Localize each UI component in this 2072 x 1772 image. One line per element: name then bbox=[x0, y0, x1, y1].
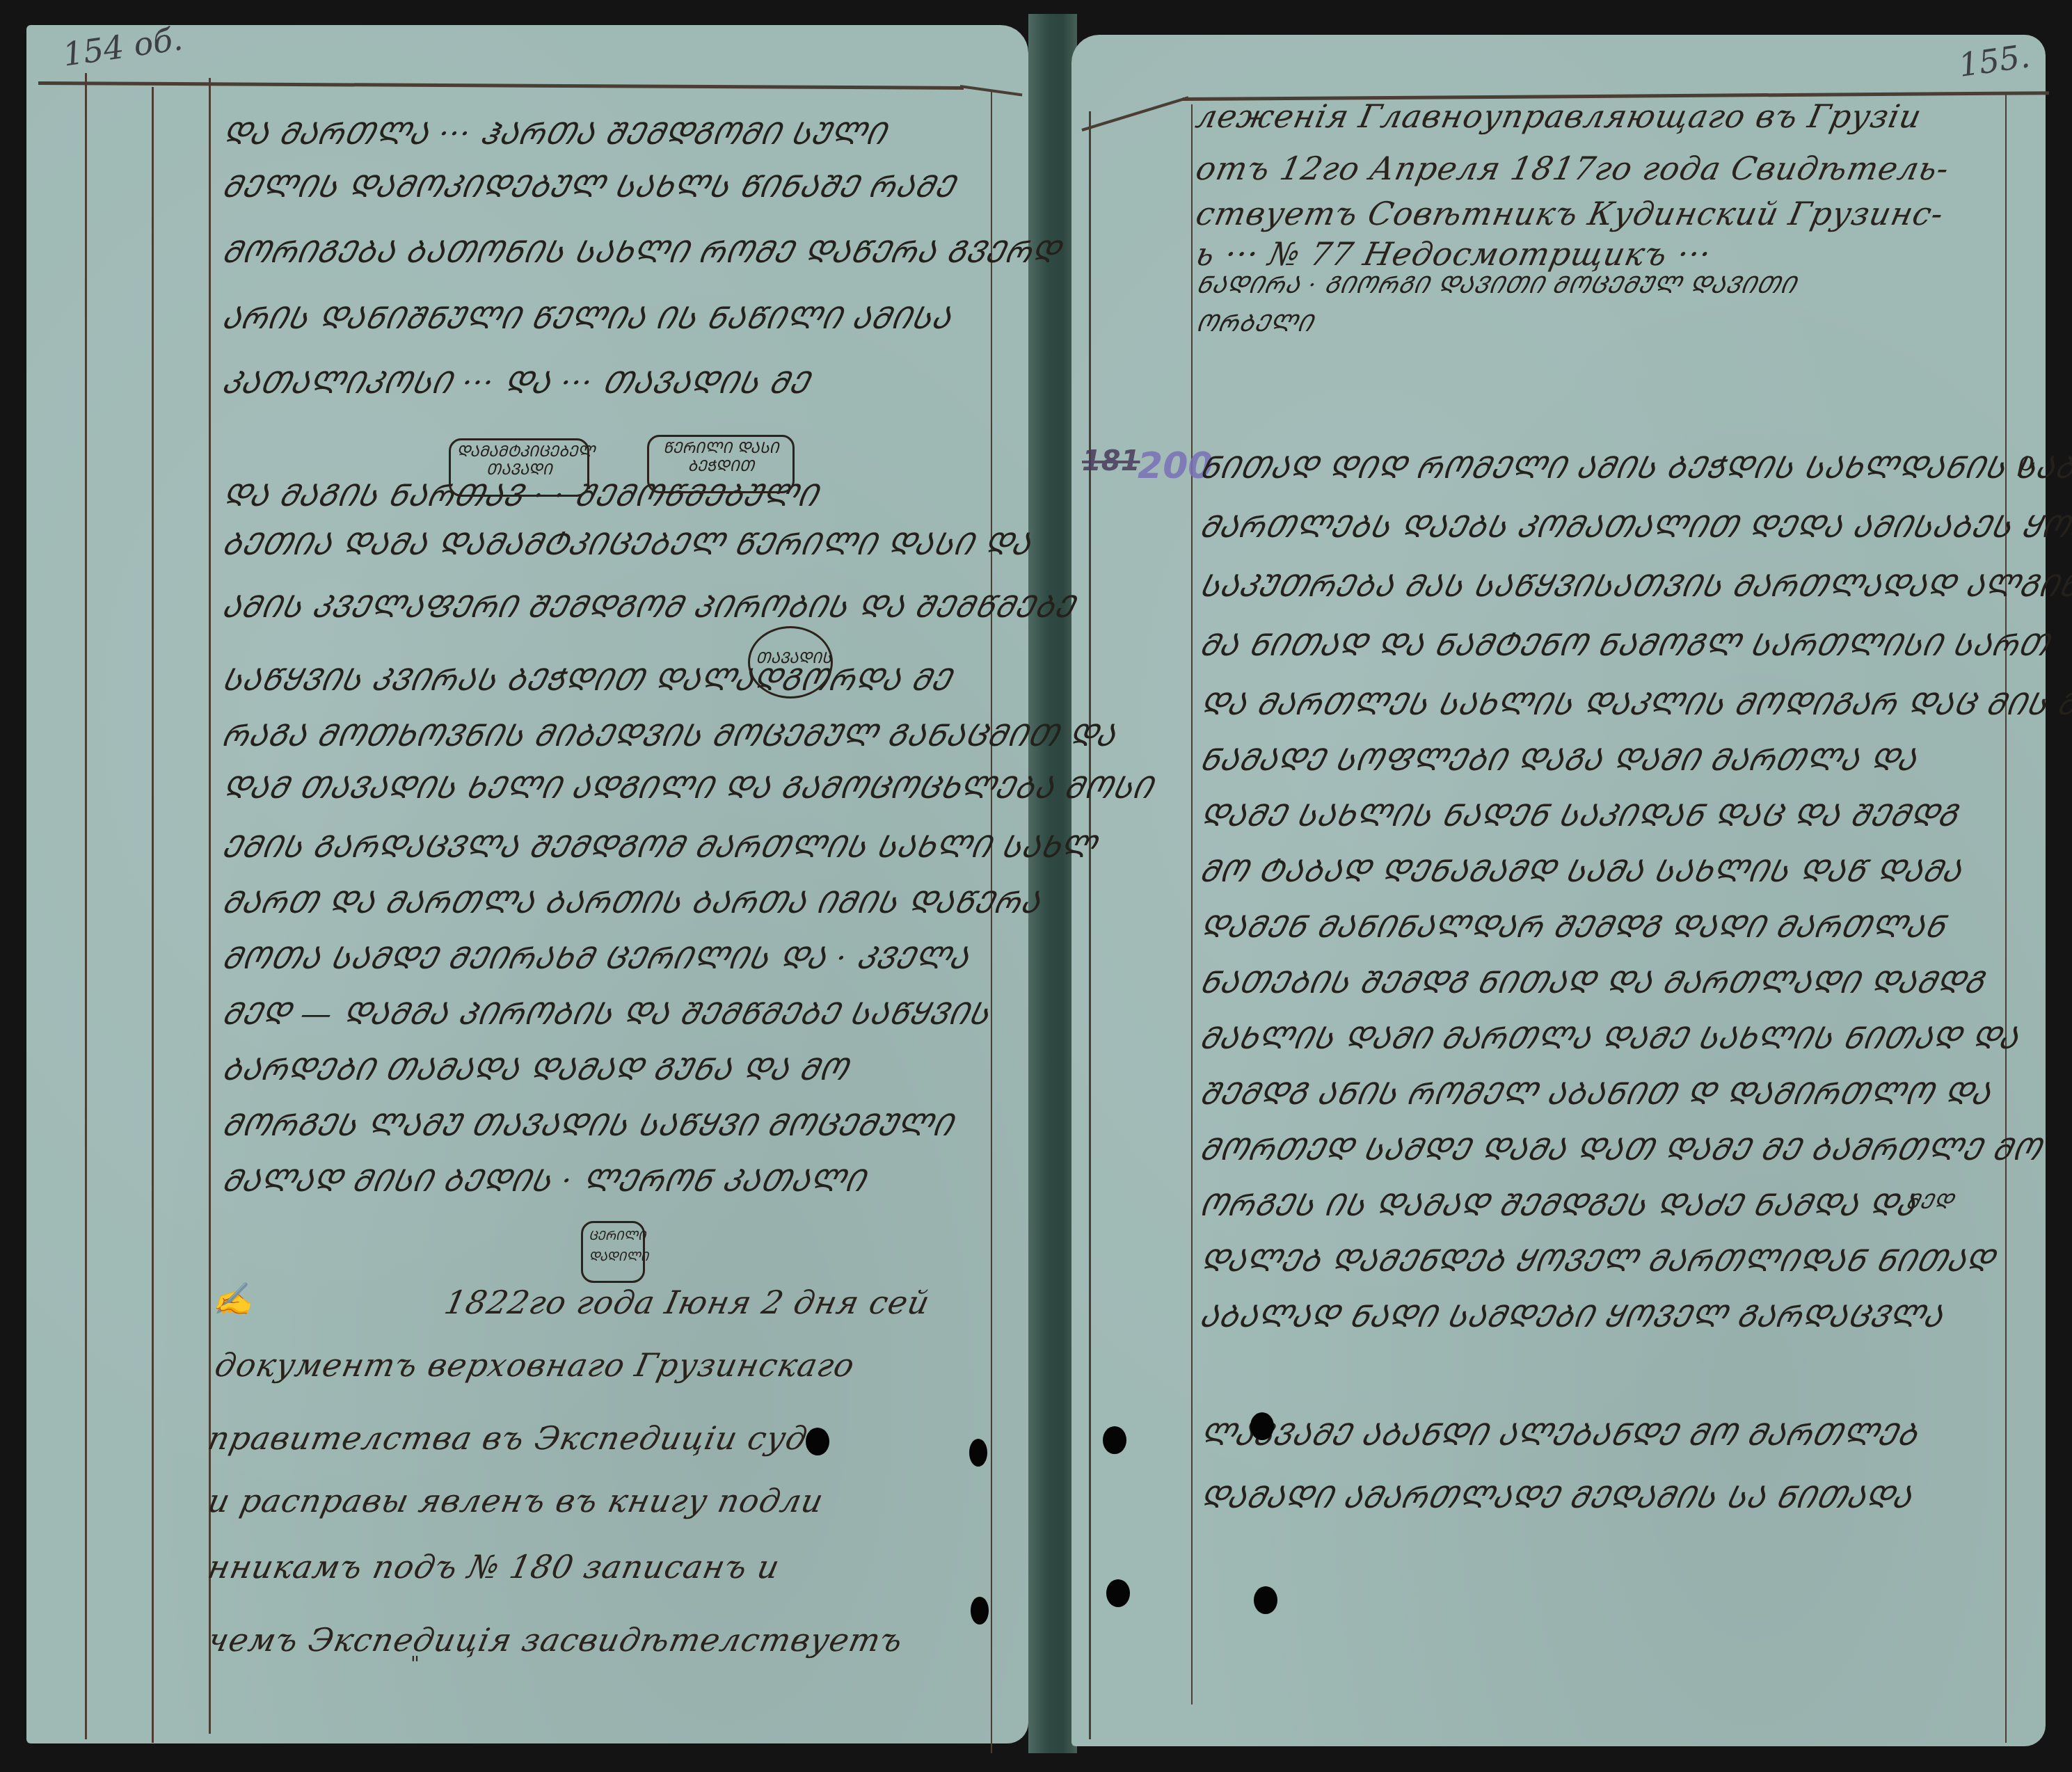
text-line: ᲓᲐᲛᲔ ᲡᲐᲮᲚᲘᲡ ᲜᲐᲓᲔᲜ ᲡᲐᲙᲘᲓᲐᲜ ᲓᲐᲪ ᲓᲐ ᲨᲔᲛᲓᲒ bbox=[1196, 793, 1962, 835]
crossed-entry-number: 181 bbox=[1082, 445, 1140, 477]
binding-punch-hole bbox=[969, 1439, 987, 1467]
right-inner-rule bbox=[1089, 111, 1091, 1739]
text-line: ᲡᲐᲙᲣᲗᲠᲔᲑᲐ ᲛᲐᲡ ᲡᲐᲬᲧᲕᲘᲡᲐᲗᲕᲘᲡ ᲛᲐᲠᲗᲚᲐᲓᲐᲓ ᲐᲚᲒ… bbox=[1196, 564, 2072, 605]
russian-line: и расправы явленъ въ книгу подли bbox=[205, 1482, 827, 1519]
russian-line: правителства въ Экспедиціи суда bbox=[205, 1419, 831, 1457]
text-line: ᲓᲐᲛᲐᲓᲘ ᲐᲛᲐᲠᲗᲚᲐᲓᲔ ᲛᲔᲓᲐᲛᲘᲡ ᲡᲐ ᲜᲘᲗᲐᲓᲐ bbox=[1196, 1475, 1916, 1517]
text-line: ᲜᲘᲗᲐᲓ ᲓᲘᲓ ᲠᲝᲛᲔᲚᲘ ᲐᲛᲘᲡ ᲑᲔᲭᲓᲘᲡ ᲡᲐᲮᲚᲓᲐᲜᲘᲡ Ს… bbox=[1196, 445, 2072, 487]
georgian-signature-line: ᲝᲠᲑᲔᲚᲘ bbox=[1193, 306, 1316, 338]
text-line: ᲨᲔᲛᲓᲒ ᲐᲜᲘᲡ ᲠᲝᲛᲔᲚ ᲐᲑᲐᲜᲘᲗ Დ ᲓᲐᲛᲘᲠᲗᲚᲝ ᲓᲐ bbox=[1196, 1071, 1995, 1113]
text-line: ᲓᲐ ᲛᲐᲠᲗᲚᲐ ··· ᲰᲐᲠᲗᲐ ᲨᲔᲛᲓᲒᲝᲛᲘ ᲡᲣᲚᲘ bbox=[218, 111, 891, 153]
text-line: ᲓᲐᲛᲔᲜ ᲛᲐᲜᲘᲜᲐᲚᲓᲐᲠ ᲨᲔᲛᲓᲒ ᲓᲐᲓᲘ ᲛᲐᲠᲗᲚᲐᲜ bbox=[1196, 904, 1950, 946]
russian-header-line: отъ 12го Апреля 1817го года Свидѣтель- bbox=[1193, 150, 1953, 187]
text-line: ᲙᲐᲗᲐᲚᲘᲙᲝᲡᲘ ··· ᲓᲐ ··· ᲗᲐᲕᲐᲓᲘᲡ ᲛᲔ bbox=[218, 360, 814, 402]
signature-date-line: 1822го года Іюня 2 дня сей bbox=[441, 1284, 933, 1321]
binding-punch-hole bbox=[1254, 1586, 1277, 1614]
text-line: ᲝᲠᲒᲔᲡ ᲘᲡ ᲓᲐᲛᲐᲓ ᲨᲔᲛᲓᲒᲔᲡ ᲓᲐᲫᲔ ᲜᲐᲛᲓᲐ ᲓᲐ bbox=[1196, 1183, 1920, 1224]
text-line: ᲑᲔᲗᲘᲐ ᲓᲐᲛᲐ ᲓᲐᲛᲐᲛᲢᲙᲘᲪᲔᲑᲔᲚ ᲬᲔᲠᲘᲚᲘ ᲓᲐᲡᲘ ᲓᲐ bbox=[218, 522, 1035, 564]
left-margin-rule-3 bbox=[209, 78, 211, 1734]
text-line: ᲛᲝᲠᲗᲔᲓ ᲡᲐᲛᲓᲔ ᲓᲐᲛᲐ ᲓᲐᲗ ᲓᲐᲛᲔ ᲛᲔ ᲑᲐᲛᲠᲗᲚᲔ ᲛᲝ bbox=[1196, 1127, 2046, 1169]
text-line: ᲐᲑᲐᲚᲐᲓ ᲜᲐᲓᲘ ᲡᲐᲛᲓᲔᲑᲘ ᲧᲝᲕᲔᲚ ᲒᲐᲠᲓᲐᲪᲕᲚᲐ bbox=[1196, 1294, 1947, 1336]
text-line: ᲛᲐᲠᲗ ᲓᲐ ᲛᲐᲠᲗᲚᲐ ᲑᲐᲠᲗᲘᲡ ᲑᲐᲠᲗᲐ ᲘᲛᲘᲡ ᲓᲐᲬᲔᲠᲐ bbox=[218, 880, 1045, 922]
boxed-annotation: ᲓᲐᲛᲐᲛᲢᲙᲘᲪᲔᲑᲔᲚ ᲗᲐᲕᲐᲓᲘ bbox=[449, 438, 589, 497]
russian-line: документъ верховнаго Грузинскаго bbox=[212, 1346, 858, 1384]
text-line: ᲛᲐᲚᲐᲓ ᲛᲘᲡᲘ ᲑᲔᲓᲘᲡ · ᲚᲔᲠᲝᲜ ᲙᲐᲗᲐᲚᲘ bbox=[218, 1158, 870, 1200]
text-line: ᲛᲝᲠᲘᲒᲔᲑᲐ ᲑᲐᲗᲝᲜᲘᲡ ᲡᲐᲮᲚᲘ ᲠᲝᲛᲔ ᲓᲐᲬᲔᲠᲐ ᲒᲕᲔᲠᲓ bbox=[218, 230, 1065, 271]
binding-punch-hole bbox=[1250, 1412, 1274, 1440]
text-line: ᲔᲛᲘᲡ ᲒᲐᲠᲓᲐᲪᲕᲚᲐ ᲨᲔᲛᲓᲒᲝᲛ ᲛᲐᲠᲗᲚᲘᲡ ᲡᲐᲮᲚᲘ ᲡᲐᲮ… bbox=[218, 824, 1101, 866]
right-right-rule bbox=[2005, 94, 2007, 1743]
text-line: ᲛᲔᲚᲘᲡ ᲓᲐᲛᲝᲙᲘᲓᲔᲑᲣᲚ ᲡᲐᲮᲚᲡ ᲬᲘᲜᲐᲨᲔ ᲠᲐᲛᲔ bbox=[218, 164, 959, 206]
text-line: ᲠᲐᲒᲐ ᲛᲝᲗᲮᲝᲕᲜᲘᲡ ᲛᲘᲑᲔᲓᲕᲘᲡ ᲛᲝᲪᲔᲛᲣᲚ ᲒᲐᲜᲐᲪᲛᲘᲗ… bbox=[218, 713, 1120, 755]
text-line: ᲛᲔᲓ — ᲓᲐᲛᲛᲐ ᲞᲘᲠᲝᲑᲘᲡ ᲓᲐ ᲨᲔᲛᲬᲛᲔᲑᲔ ᲡᲐᲬᲧᲕᲘᲡ bbox=[218, 991, 994, 1033]
text-line: ᲜᲐᲛᲐᲓᲔ ᲡᲝᲤᲚᲔᲑᲘ ᲓᲐᲒᲐ ᲓᲐᲛᲘ ᲛᲐᲠᲗᲚᲐ ᲓᲐ bbox=[1196, 737, 1921, 779]
binding-punch-hole bbox=[1106, 1579, 1130, 1607]
georgian-signature-line: ᲜᲐᲓᲘᲠᲐ · ᲒᲘᲝᲠᲒᲘ ᲓᲐᲕᲘᲗᲘ ᲛᲝᲪᲔᲛᲣᲚ ᲓᲐᲕᲘᲗᲘ bbox=[1193, 268, 1800, 300]
margin-mark: ρ bbox=[2018, 445, 2034, 477]
left-margin-rule-1 bbox=[85, 73, 87, 1739]
circled-annotation: ᲗᲐᲕᲐᲓᲘᲡ bbox=[748, 626, 833, 699]
text-line: ᲛᲐᲮᲚᲘᲡ ᲓᲐᲛᲘ ᲛᲐᲠᲗᲚᲐ ᲓᲐᲛᲔ ᲡᲐᲮᲚᲘᲡ ᲜᲘᲗᲐᲓ ᲓᲐ bbox=[1196, 1016, 2023, 1057]
text-line: ᲛᲝᲠᲒᲔᲡ ᲚᲐᲛᲣ ᲗᲐᲕᲐᲓᲘᲡ ᲡᲐᲬᲧᲕᲘ ᲛᲝᲪᲔᲛᲣᲚᲘ bbox=[218, 1103, 958, 1144]
text-line: ᲛᲝᲗᲐ ᲡᲐᲛᲓᲔ ᲛᲔᲘᲠᲐᲮᲛ ᲪᲔᲠᲘᲚᲘᲡ ᲓᲐ · ᲙᲕᲔᲚᲐ bbox=[218, 936, 973, 977]
text-line: ᲚᲐᲙᲕᲐᲛᲔ ᲐᲑᲐᲜᲓᲘ ᲐᲚᲔᲑᲐᲜᲓᲔ ᲛᲝ ᲛᲐᲠᲗᲚᲔᲑ bbox=[1196, 1412, 1922, 1454]
russian-header-line: ствуетъ Совѣтникъ Кудинский Грузинс- bbox=[1193, 195, 1947, 232]
text-line: ᲜᲐᲗᲔᲑᲘᲡ ᲨᲔᲛᲓᲒ ᲜᲘᲗᲐᲓ ᲓᲐ ᲛᲐᲠᲗᲚᲐᲓᲘ ᲓᲐᲛᲓᲒ bbox=[1196, 960, 1989, 1002]
binding-punch-hole bbox=[1103, 1426, 1126, 1454]
text-line: ᲓᲐᲛ ᲗᲐᲕᲐᲓᲘᲡ ᲮᲔᲚᲘ ᲐᲓᲒᲘᲚᲘ ᲓᲐ ᲒᲐᲛᲝᲪᲝᲪᲮᲚᲔᲑᲐ … bbox=[218, 765, 1158, 807]
boxed-annotation: ᲬᲔᲠᲘᲚᲘ ᲓᲐᲡᲘ ᲑᲔᲭᲓᲘᲗ bbox=[647, 435, 795, 493]
binding-punch-hole bbox=[971, 1597, 989, 1625]
text-line: ᲛᲐ ᲜᲘᲗᲐᲓ ᲓᲐ ᲜᲐᲛᲢᲔᲜᲝ ᲜᲐᲛᲝᲒᲚ ᲡᲐᲠᲗᲚᲘᲡᲘ ᲡᲐᲠᲗ bbox=[1196, 623, 2054, 664]
russian-line: чемъ Экспедиція засвидѣтелствуетъ bbox=[205, 1621, 907, 1659]
right-margin-rule bbox=[1191, 104, 1193, 1705]
left-margin-rule-2 bbox=[152, 87, 154, 1743]
interlinear-note: ᲛᲔᲓ bbox=[1904, 1186, 1957, 1215]
text-line: ᲛᲐᲠᲗᲚᲔᲑᲡ ᲓᲐᲔᲑᲡ ᲙᲝᲛᲐᲗᲐᲚᲘᲗ ᲓᲔᲓᲐ ᲐᲛᲘᲡᲐᲑᲔᲡ Ყ… bbox=[1196, 504, 2072, 546]
boxed-annotation: ᲪᲔᲠᲘᲚᲘ ᲓᲐᲓᲘᲚᲘ bbox=[581, 1221, 645, 1283]
left-right-rule bbox=[991, 90, 992, 1753]
text-line: ᲐᲛᲘᲡ ᲙᲕᲔᲚᲐᲤᲔᲠᲘ ᲨᲔᲛᲓᲒᲝᲛ ᲞᲘᲠᲝᲑᲘᲡ ᲓᲐ ᲨᲔᲛᲬᲛᲔ… bbox=[218, 584, 1080, 626]
russian-header-line: леженія Главноуправляющаго въ Грузіи bbox=[1193, 97, 1925, 135]
binding-punch-hole bbox=[806, 1428, 829, 1455]
russian-line: нникамъ подъ № 180 записанъ и bbox=[205, 1548, 783, 1586]
signature-flourish: ✍ bbox=[212, 1280, 252, 1318]
text-line: ᲛᲝ ᲢᲐᲑᲐᲓ ᲓᲔᲜᲐᲛᲐᲛᲓ ᲡᲐᲛᲐ ᲡᲐᲮᲚᲘᲡ ᲓᲐᲬ ᲓᲐᲛᲐ bbox=[1196, 849, 1966, 891]
text-line: ᲡᲐᲬᲧᲕᲘᲡ ᲙᲕᲘᲠᲐᲡ ᲑᲔᲭᲓᲘᲗ ᲓᲐᲚᲐᲓᲒᲝᲠᲓᲐ ᲛᲔ bbox=[218, 657, 956, 699]
text-line: ᲓᲐᲚᲔᲑ ᲓᲐᲛᲔᲜᲓᲔᲑ ᲧᲝᲕᲔᲚ ᲛᲐᲠᲗᲚᲘᲓᲐᲜ ᲜᲘᲗᲐᲓ bbox=[1196, 1238, 1999, 1280]
russian-header-line: ь ··· № 77 Недосмотрщикъ ··· bbox=[1193, 235, 1714, 273]
text-line: ᲓᲐ ᲛᲐᲠᲗᲚᲔᲡ ᲡᲐᲮᲚᲘᲡ ᲓᲐᲙᲚᲘᲡ ᲛᲝᲓᲘᲒᲐᲠ ᲓᲐᲪ ᲛᲘᲡ… bbox=[1196, 682, 2072, 724]
text-line: ᲑᲐᲠᲓᲔᲑᲘ ᲗᲐᲛᲐᲓᲐ ᲓᲐᲛᲐᲓ ᲒᲣᲜᲐ ᲓᲐ ᲛᲝ bbox=[218, 1047, 853, 1089]
ditto-mark: " bbox=[411, 1652, 420, 1675]
text-line: ᲐᲠᲘᲡ ᲓᲐᲜᲘᲨᲜᲣᲚᲘ ᲬᲔᲚᲘᲐ ᲘᲡ ᲜᲐᲬᲘᲚᲘ ᲐᲛᲘᲡᲐ bbox=[218, 296, 956, 337]
